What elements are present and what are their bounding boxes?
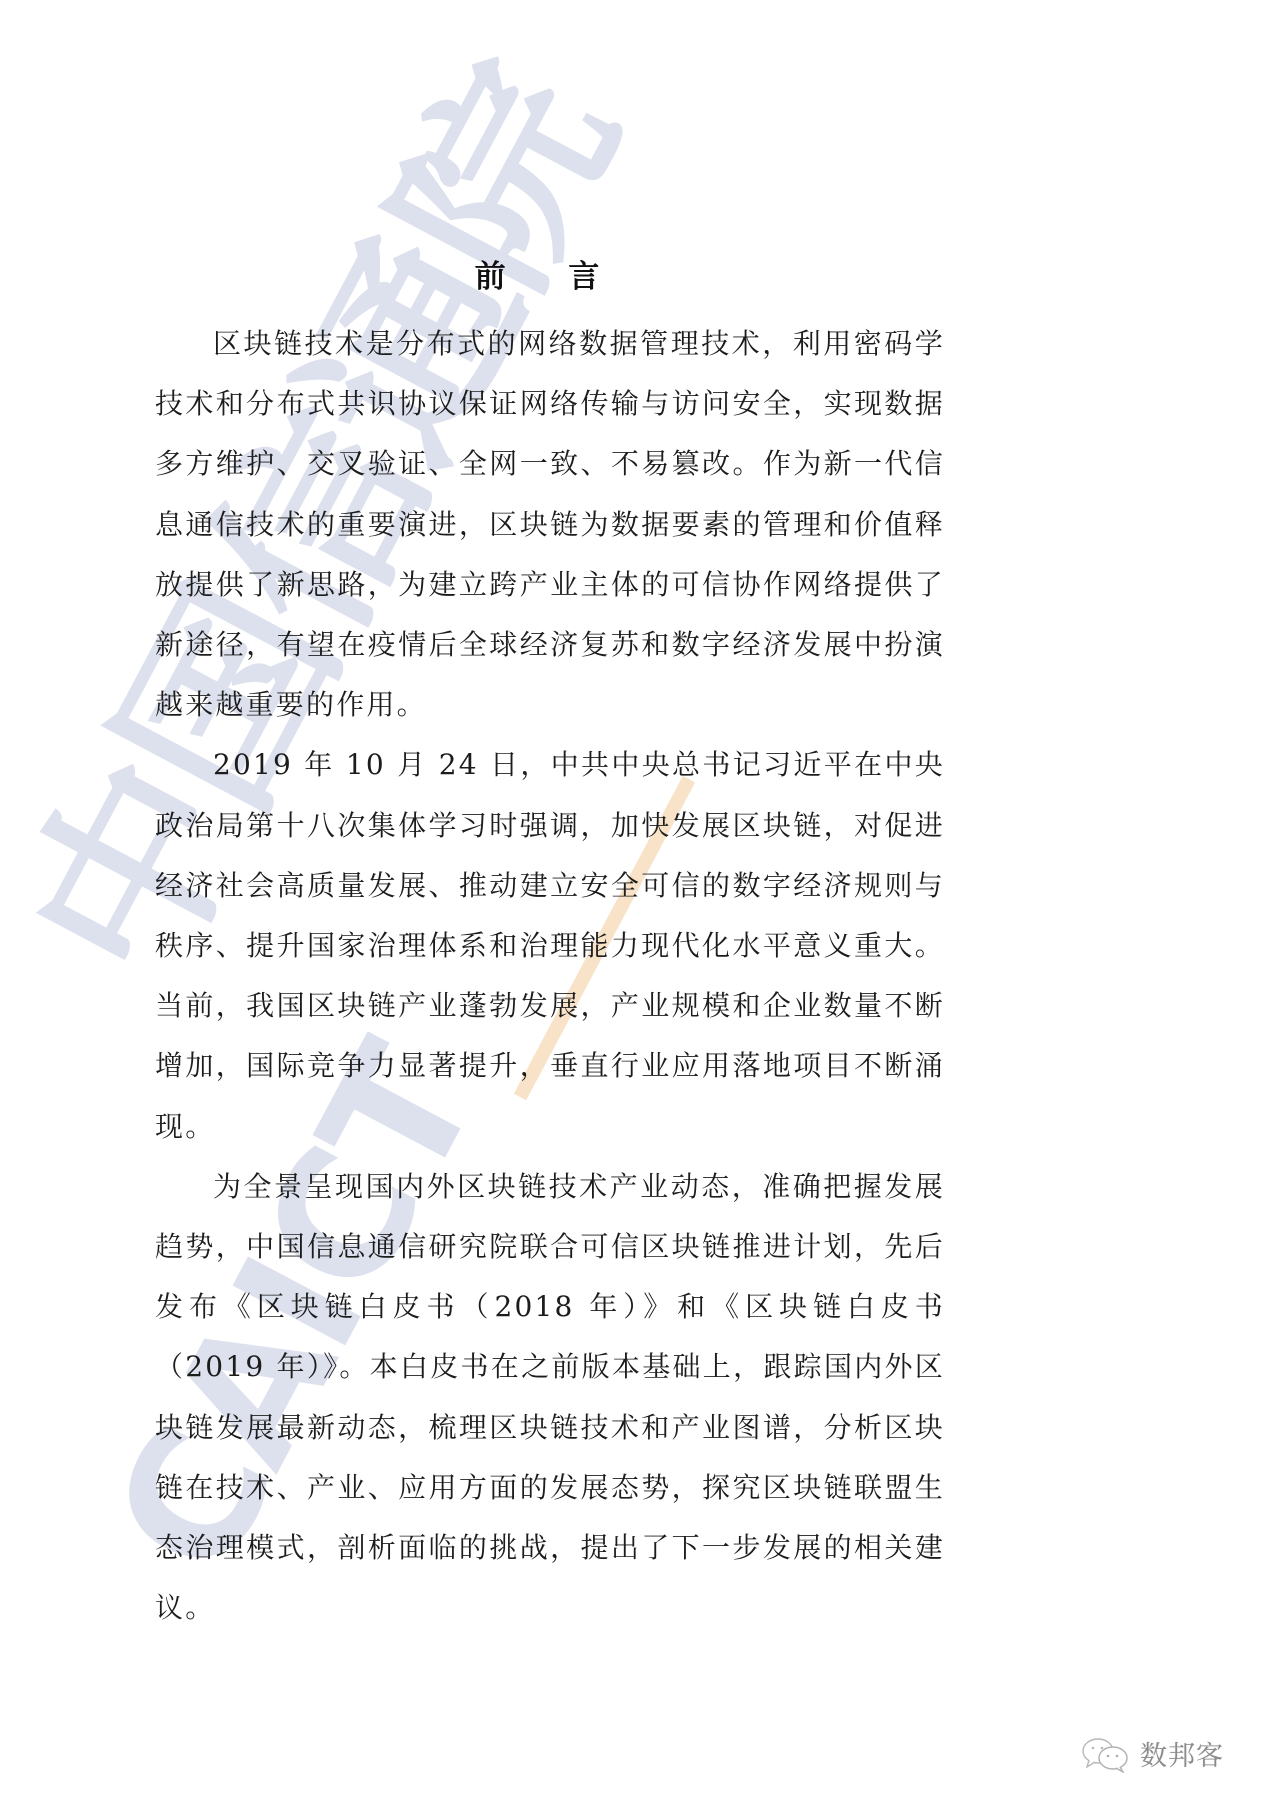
document-page: 中国信通院 CAICT 前 言 区块链技术是分布式的网络数据管理技术，利用密码学… bbox=[0, 0, 1280, 1810]
paragraph-purpose: 为全景呈现国内外区块链技术产业动态，准确把握发展趋势，中国信息通信研究院联合可信… bbox=[155, 1157, 945, 1639]
paragraph-policy: 2019 年 10 月 24 日，中共中央总书记习近平在中央政治局第十八次集体学… bbox=[155, 735, 945, 1156]
body-text: 区块链技术是分布式的网络数据管理技术，利用密码学技术和分布式共识协议保证网络传输… bbox=[155, 314, 945, 1638]
wechat-icon bbox=[1080, 1737, 1132, 1771]
wechat-account-badge: 数邦客 bbox=[1080, 1734, 1224, 1773]
paragraph-intro: 区块链技术是分布式的网络数据管理技术，利用密码学技术和分布式共识协议保证网络传输… bbox=[155, 314, 945, 735]
wechat-account-name: 数邦客 bbox=[1140, 1734, 1224, 1773]
page-title: 前 言 bbox=[0, 257, 1100, 297]
